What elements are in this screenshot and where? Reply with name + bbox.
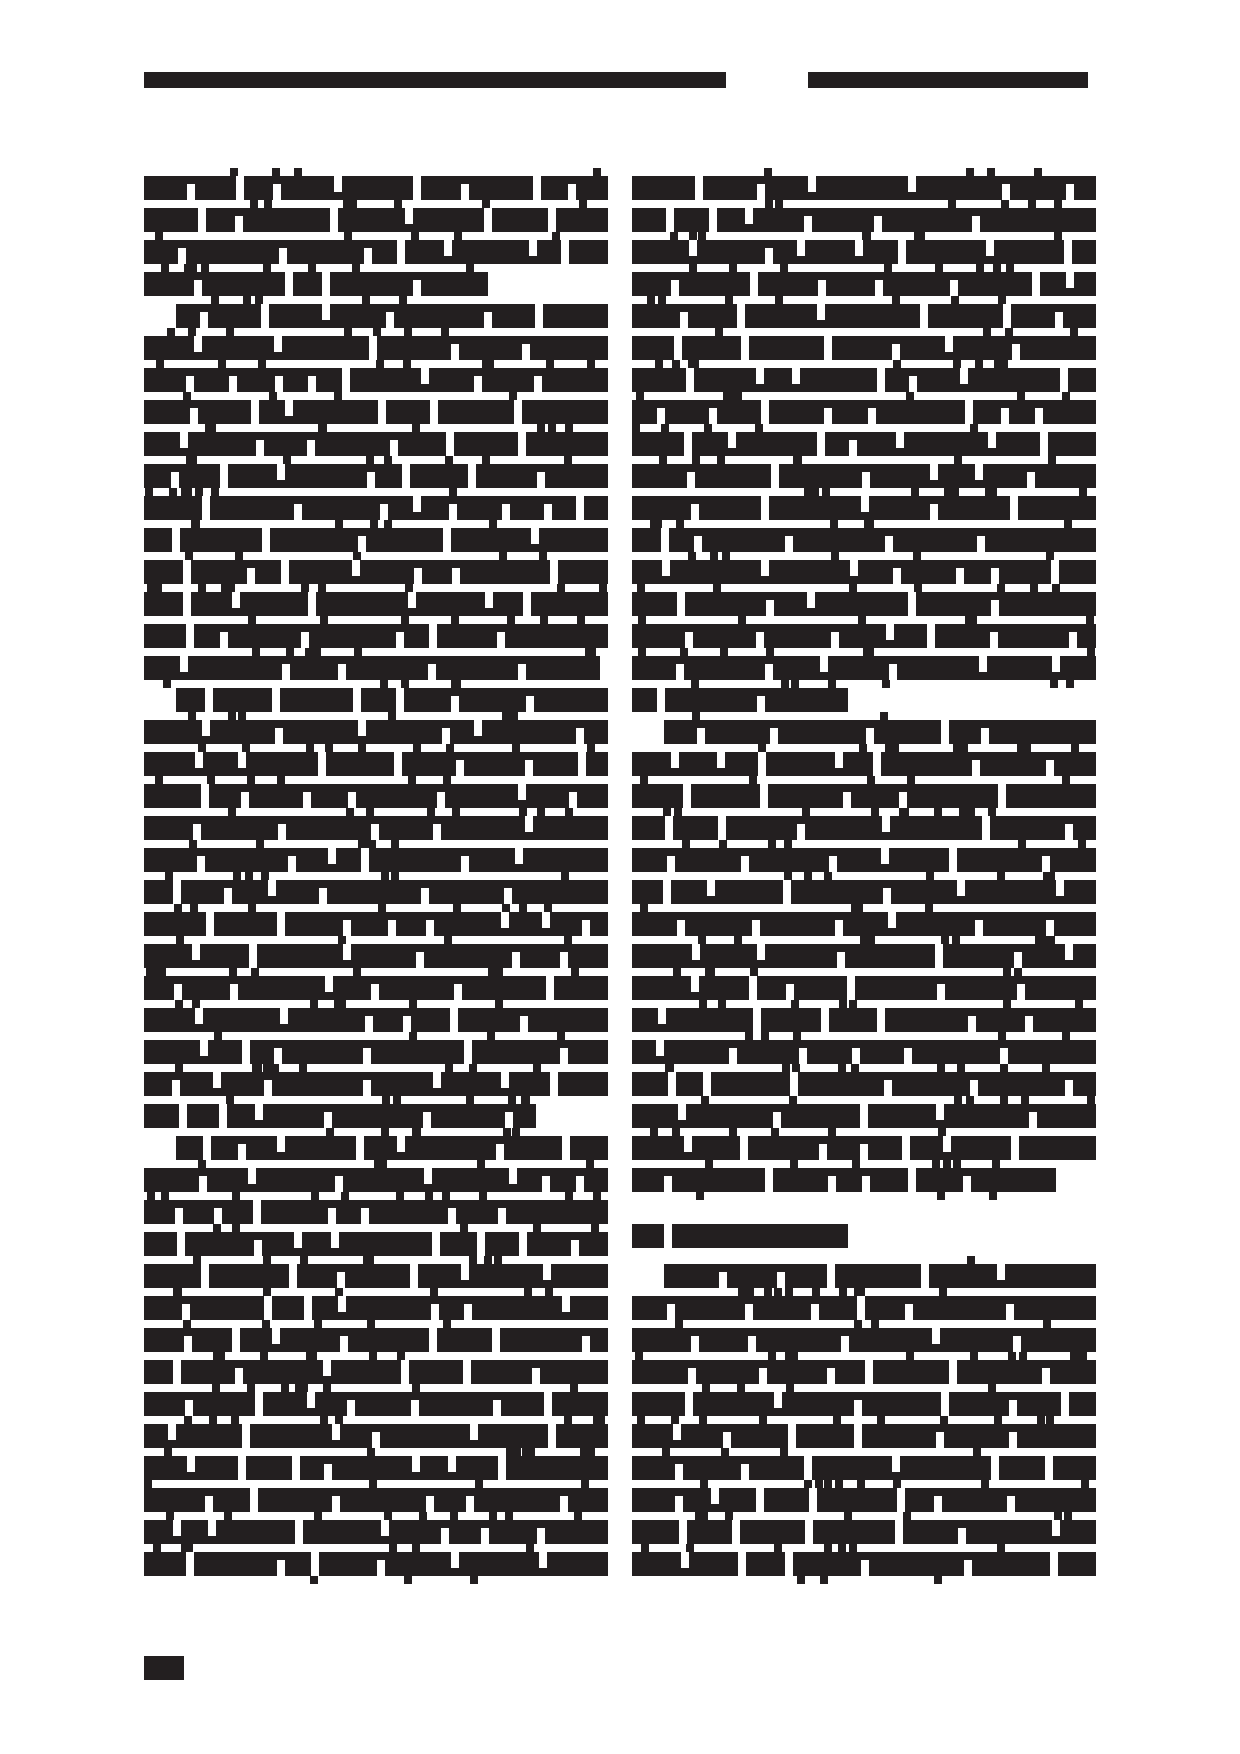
redacted-text-line — [144, 1456, 608, 1480]
redacted-text-line — [632, 1552, 1096, 1576]
redacted-text-line — [144, 368, 608, 392]
redacted-text-line — [632, 880, 1096, 904]
redacted-text-line — [632, 688, 848, 712]
redacted-text-line — [632, 624, 1096, 648]
redacted-text-line — [632, 784, 1096, 808]
redacted-text-line — [632, 400, 1096, 424]
redacted-text-line — [632, 240, 1096, 264]
redacted-text-line — [632, 304, 1096, 328]
redacted-text-line — [144, 496, 608, 520]
redacted-text-line — [144, 336, 608, 360]
redacted-text-line — [664, 1264, 1096, 1288]
page-number: [redacted page number] — [144, 1656, 184, 1680]
redacted-text-line — [632, 1296, 1096, 1320]
redacted-text-line — [144, 272, 488, 296]
redacted-text-line — [144, 1264, 608, 1288]
redacted-text-line — [144, 1008, 608, 1032]
redacted-text-line — [632, 848, 1096, 872]
redacted-text-line — [144, 976, 608, 1000]
redacted-text-line — [144, 816, 608, 840]
redacted-text-line — [144, 1232, 608, 1256]
redacted-text-line — [144, 1424, 608, 1448]
redacted-text-line — [632, 816, 1096, 840]
redacted-text-line — [144, 560, 608, 584]
redacted-text-line — [144, 912, 608, 936]
redacted-text-line — [176, 304, 608, 328]
redacted-text-line — [144, 752, 608, 776]
redacted-text-line — [144, 240, 608, 264]
redacted-text-line — [632, 976, 1096, 1000]
redacted-text-line — [632, 368, 1096, 392]
redacted-text-line — [144, 1488, 608, 1512]
redacted-text-line — [632, 1456, 1096, 1480]
redacted-text-line — [632, 1072, 1096, 1096]
redacted-text-line — [632, 944, 1096, 968]
redacted-text-line — [144, 848, 608, 872]
redacted-text-line — [144, 1200, 608, 1224]
redacted-text-line — [632, 1168, 1056, 1192]
redacted-text-line — [632, 1104, 1096, 1128]
section-number — [632, 1224, 664, 1248]
redacted-text-line — [632, 1360, 1096, 1384]
redacted-text-line — [632, 1136, 1096, 1160]
running-header-right: [redacted running header] — [808, 72, 1088, 88]
redacted-text-line — [632, 496, 1096, 520]
redacted-text-line — [144, 176, 608, 200]
redacted-text-line — [632, 1424, 1096, 1448]
redacted-text-line — [144, 528, 608, 552]
redacted-text-line — [144, 1520, 608, 1544]
redacted-text-line — [632, 1488, 1096, 1512]
redacted-text-line — [632, 464, 1096, 488]
document-page: [redacted running header] [redacted runn… — [0, 0, 1240, 1754]
redacted-text-line — [144, 1360, 608, 1384]
redacted-text-line — [144, 400, 608, 424]
redacted-text-line — [632, 1040, 1096, 1064]
redacted-text-line — [632, 432, 1096, 456]
redacted-text-line — [632, 176, 1096, 200]
redacted-text-line — [176, 688, 608, 712]
redacted-text-line — [664, 720, 1096, 744]
redacted-text-line — [632, 592, 1096, 616]
redacted-text-line — [144, 784, 608, 808]
redacted-text-line — [144, 208, 608, 232]
running-header-left: [redacted running header] — [144, 72, 726, 88]
redacted-text-line — [144, 1392, 608, 1416]
redacted-text-line — [632, 1520, 1096, 1544]
redacted-text-line — [632, 1328, 1096, 1352]
redacted-text-line — [632, 272, 1096, 296]
redacted-text-line — [632, 912, 1096, 936]
redacted-text-line — [144, 656, 600, 680]
redacted-text-line — [632, 1008, 1096, 1032]
redacted-text-line — [144, 624, 608, 648]
redacted-text-line — [632, 336, 1096, 360]
section-title — [672, 1224, 848, 1248]
redacted-text-line — [144, 1168, 608, 1192]
redacted-text-line — [144, 592, 608, 616]
redacted-text-line — [632, 208, 1096, 232]
redacted-text-line — [632, 560, 1096, 584]
redacted-text-line — [144, 880, 608, 904]
redacted-text-line — [632, 752, 1096, 776]
redacted-text-line — [632, 528, 1096, 552]
redacted-text-line — [144, 944, 608, 968]
redacted-text-line — [144, 432, 608, 456]
redacted-text-line — [144, 720, 608, 744]
redacted-text-line — [144, 1104, 536, 1128]
redacted-text-line — [144, 464, 608, 488]
redacted-text-line — [144, 1552, 608, 1576]
redacted-text-line — [632, 656, 1096, 680]
redacted-text-line — [144, 1296, 608, 1320]
redacted-text-line — [176, 1136, 608, 1160]
redacted-text-line — [144, 1328, 608, 1352]
redacted-text-line — [144, 1072, 608, 1096]
redacted-text-line — [144, 1040, 608, 1064]
redacted-text-line — [632, 1392, 1096, 1416]
